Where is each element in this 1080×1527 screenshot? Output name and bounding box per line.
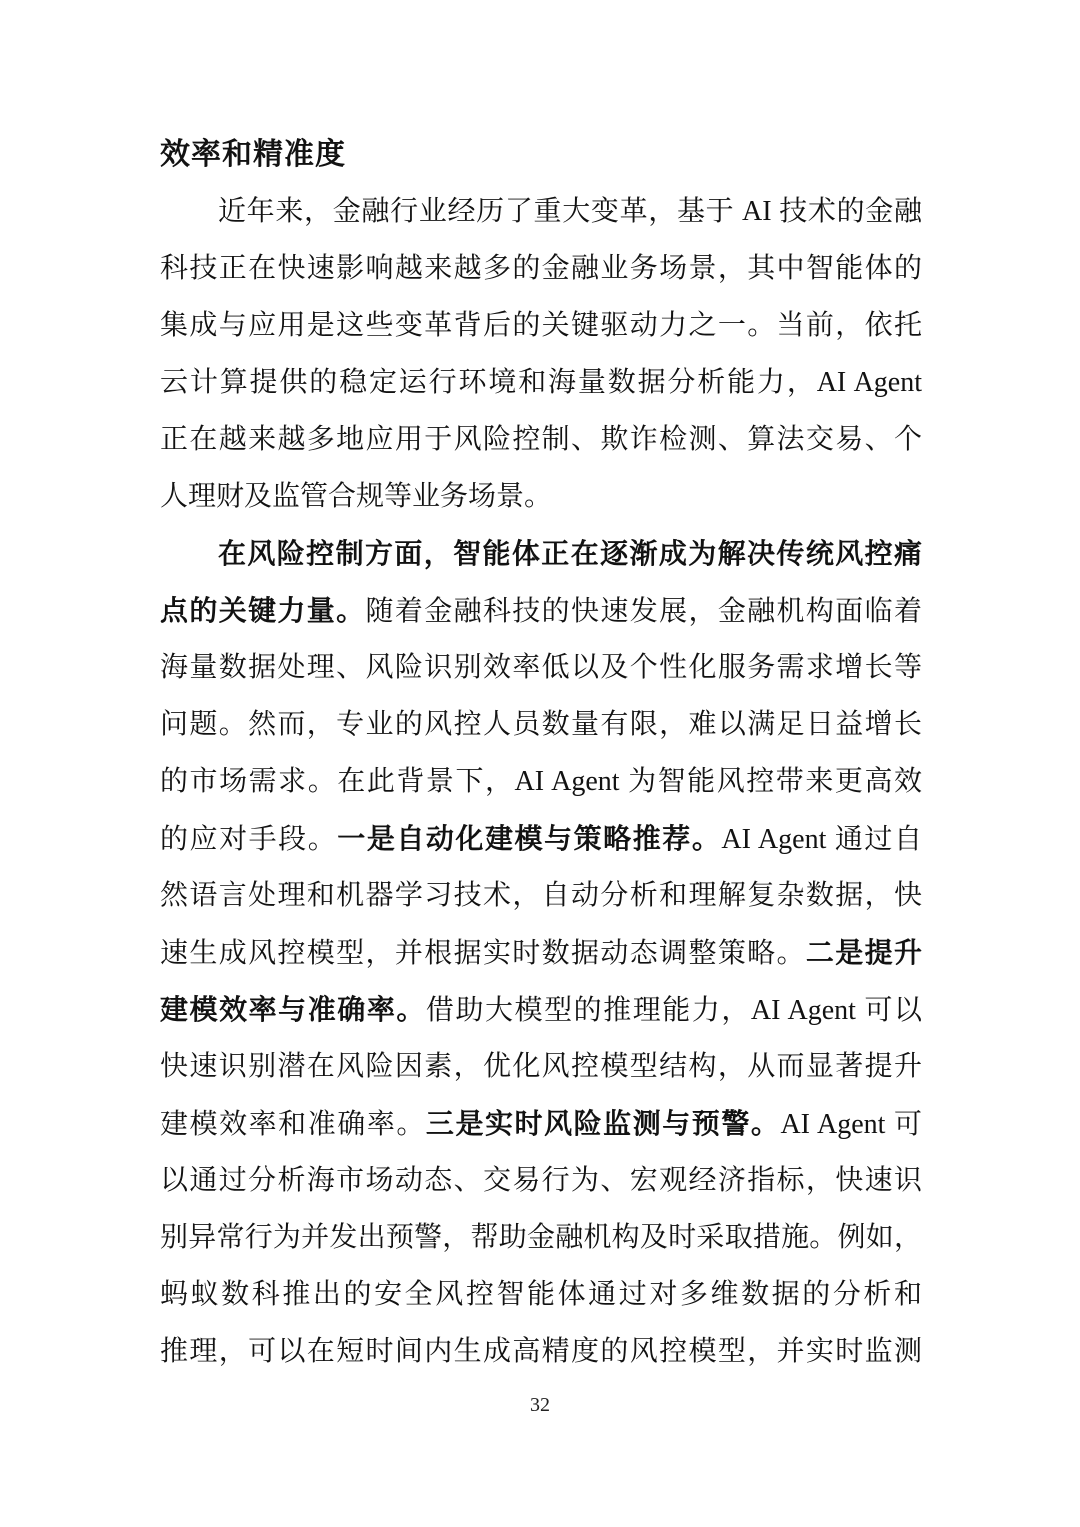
text-line: 快速识别潜在风险因素，优化风控模型结构，从而显著提升	[160, 1038, 922, 1095]
document-page: 效率和精准度 近年来，金融行业经历了重大变革，基于 AI 技术的金融科技正在快速…	[0, 0, 1080, 1527]
text-line: 科技正在快速影响越来越多的金融业务场景，其中智能体的	[160, 240, 922, 297]
text-line: 然语言处理和机器学习技术，自动分析和理解复杂数据，快	[160, 867, 922, 924]
text-line: 问题。然而，专业的风控人员数量有限，难以满足日益增长	[160, 696, 922, 753]
body-text-run: 正在越来越多地应用于风险控制、欺诈检测、算法交易、个	[160, 424, 922, 455]
body-text-run: 以通过分析海市场动态、交易行为、宏观经济指标，快速识	[160, 1165, 922, 1196]
body-text-run: 云计算提供的稳定运行环境和海量数据分析能力，AI Agent	[160, 367, 922, 398]
body-text-run: 问题。然而，专业的风控人员数量有限，难以满足日益增长	[160, 709, 922, 740]
body-text-run: 借助大模型的推理能力，AI Agent 可以	[426, 995, 922, 1026]
document-body: 近年来，金融行业经历了重大变革，基于 AI 技术的金融科技正在快速影响越来越多的…	[160, 183, 922, 1380]
body-text-run: 科技正在快速影响越来越多的金融业务场景，其中智能体的	[160, 253, 922, 284]
body-text-run: 海量数据处理、风险识别效率低以及个性化服务需求增长等	[160, 652, 922, 683]
emphasis-text-run: 一是自动化建模与策略推荐。	[337, 823, 721, 854]
body-text-run: 随着金融科技的快速发展，金融机构面临着	[366, 596, 922, 627]
section-heading: 效率和精准度	[160, 126, 346, 183]
body-text-run: 集成与应用是这些变革背后的关键驱动力之一。当前，依托	[160, 310, 922, 341]
text-line: 建模效率和准确率。三是实时风险监测与预警。AI Agent 可	[160, 1095, 922, 1152]
body-text-run: 然语言处理和机器学习技术，自动分析和理解复杂数据，快	[160, 880, 922, 911]
text-line: 集成与应用是这些变革背后的关键驱动力之一。当前，依托	[160, 297, 922, 354]
body-text-run: 快速识别潜在风险因素，优化风控模型结构，从而显著提升	[160, 1051, 922, 1082]
text-line: 蚂蚁数科推出的安全风控智能体通过对多维数据的分析和	[160, 1266, 922, 1323]
body-text-run: 的市场需求。在此背景下，AI Agent 为智能风控带来更高效	[160, 766, 922, 797]
text-line: 以通过分析海市场动态、交易行为、宏观经济指标，快速识	[160, 1152, 922, 1209]
emphasis-text-run: 三是实时风险监测与预警。	[426, 1108, 781, 1139]
emphasis-text-run: 建模效率与准确率。	[160, 994, 426, 1025]
body-text-run: AI Agent 可	[780, 1109, 922, 1140]
body-text-run: 速生成风控模型，并根据实时数据动态调整策略。	[160, 938, 806, 969]
body-text-run: 别异常行为并发出预警，帮助金融机构及时采取措施。例如，	[160, 1222, 922, 1253]
emphasis-text-run: 二是提升	[806, 937, 922, 968]
text-line: 推理，可以在短时间内生成高精度的风控模型，并实时监测	[160, 1323, 922, 1380]
text-line: 人理财及监管合规等业务场景。	[160, 468, 922, 525]
body-text-run: 人理财及监管合规等业务场景。	[160, 481, 552, 512]
body-text-run: 推理，可以在短时间内生成高精度的风控模型，并实时监测	[160, 1336, 922, 1367]
body-text-run: 建模效率和准确率。	[160, 1109, 426, 1140]
text-line: 点的关键力量。随着金融科技的快速发展，金融机构面临着	[160, 582, 922, 639]
text-line: 别异常行为并发出预警，帮助金融机构及时采取措施。例如，	[160, 1209, 922, 1266]
body-text-run: 蚂蚁数科推出的安全风控智能体通过对多维数据的分析和	[160, 1279, 922, 1310]
text-line: 近年来，金融行业经历了重大变革，基于 AI 技术的金融	[160, 183, 922, 240]
text-line: 在风险控制方面，智能体正在逐渐成为解决传统风控痛	[160, 525, 922, 582]
page-number: 32	[0, 1390, 1080, 1420]
text-line: 建模效率与准确率。借助大模型的推理能力，AI Agent 可以	[160, 981, 922, 1038]
text-line: 正在越来越多地应用于风险控制、欺诈检测、算法交易、个	[160, 411, 922, 468]
emphasis-text-run: 在风险控制方面，智能体正在逐渐成为解决传统风控痛	[218, 538, 922, 569]
body-text-run: 的应对手段。	[160, 824, 337, 855]
text-line: 的市场需求。在此背景下，AI Agent 为智能风控带来更高效	[160, 753, 922, 810]
paragraph: 在风险控制方面，智能体正在逐渐成为解决传统风控痛点的关键力量。随着金融科技的快速…	[160, 525, 922, 1380]
paragraph: 近年来，金融行业经历了重大变革，基于 AI 技术的金融科技正在快速影响越来越多的…	[160, 183, 922, 525]
body-text-run: AI Agent 通过自	[721, 824, 922, 855]
text-line: 云计算提供的稳定运行环境和海量数据分析能力，AI Agent	[160, 354, 922, 411]
emphasis-text-run: 点的关键力量。	[160, 595, 366, 626]
text-line: 速生成风控模型，并根据实时数据动态调整策略。二是提升	[160, 924, 922, 981]
text-line: 海量数据处理、风险识别效率低以及个性化服务需求增长等	[160, 639, 922, 696]
text-line: 的应对手段。一是自动化建模与策略推荐。AI Agent 通过自	[160, 810, 922, 867]
body-text-run: 近年来，金融行业经历了重大变革，基于 AI 技术的金融	[218, 196, 922, 227]
